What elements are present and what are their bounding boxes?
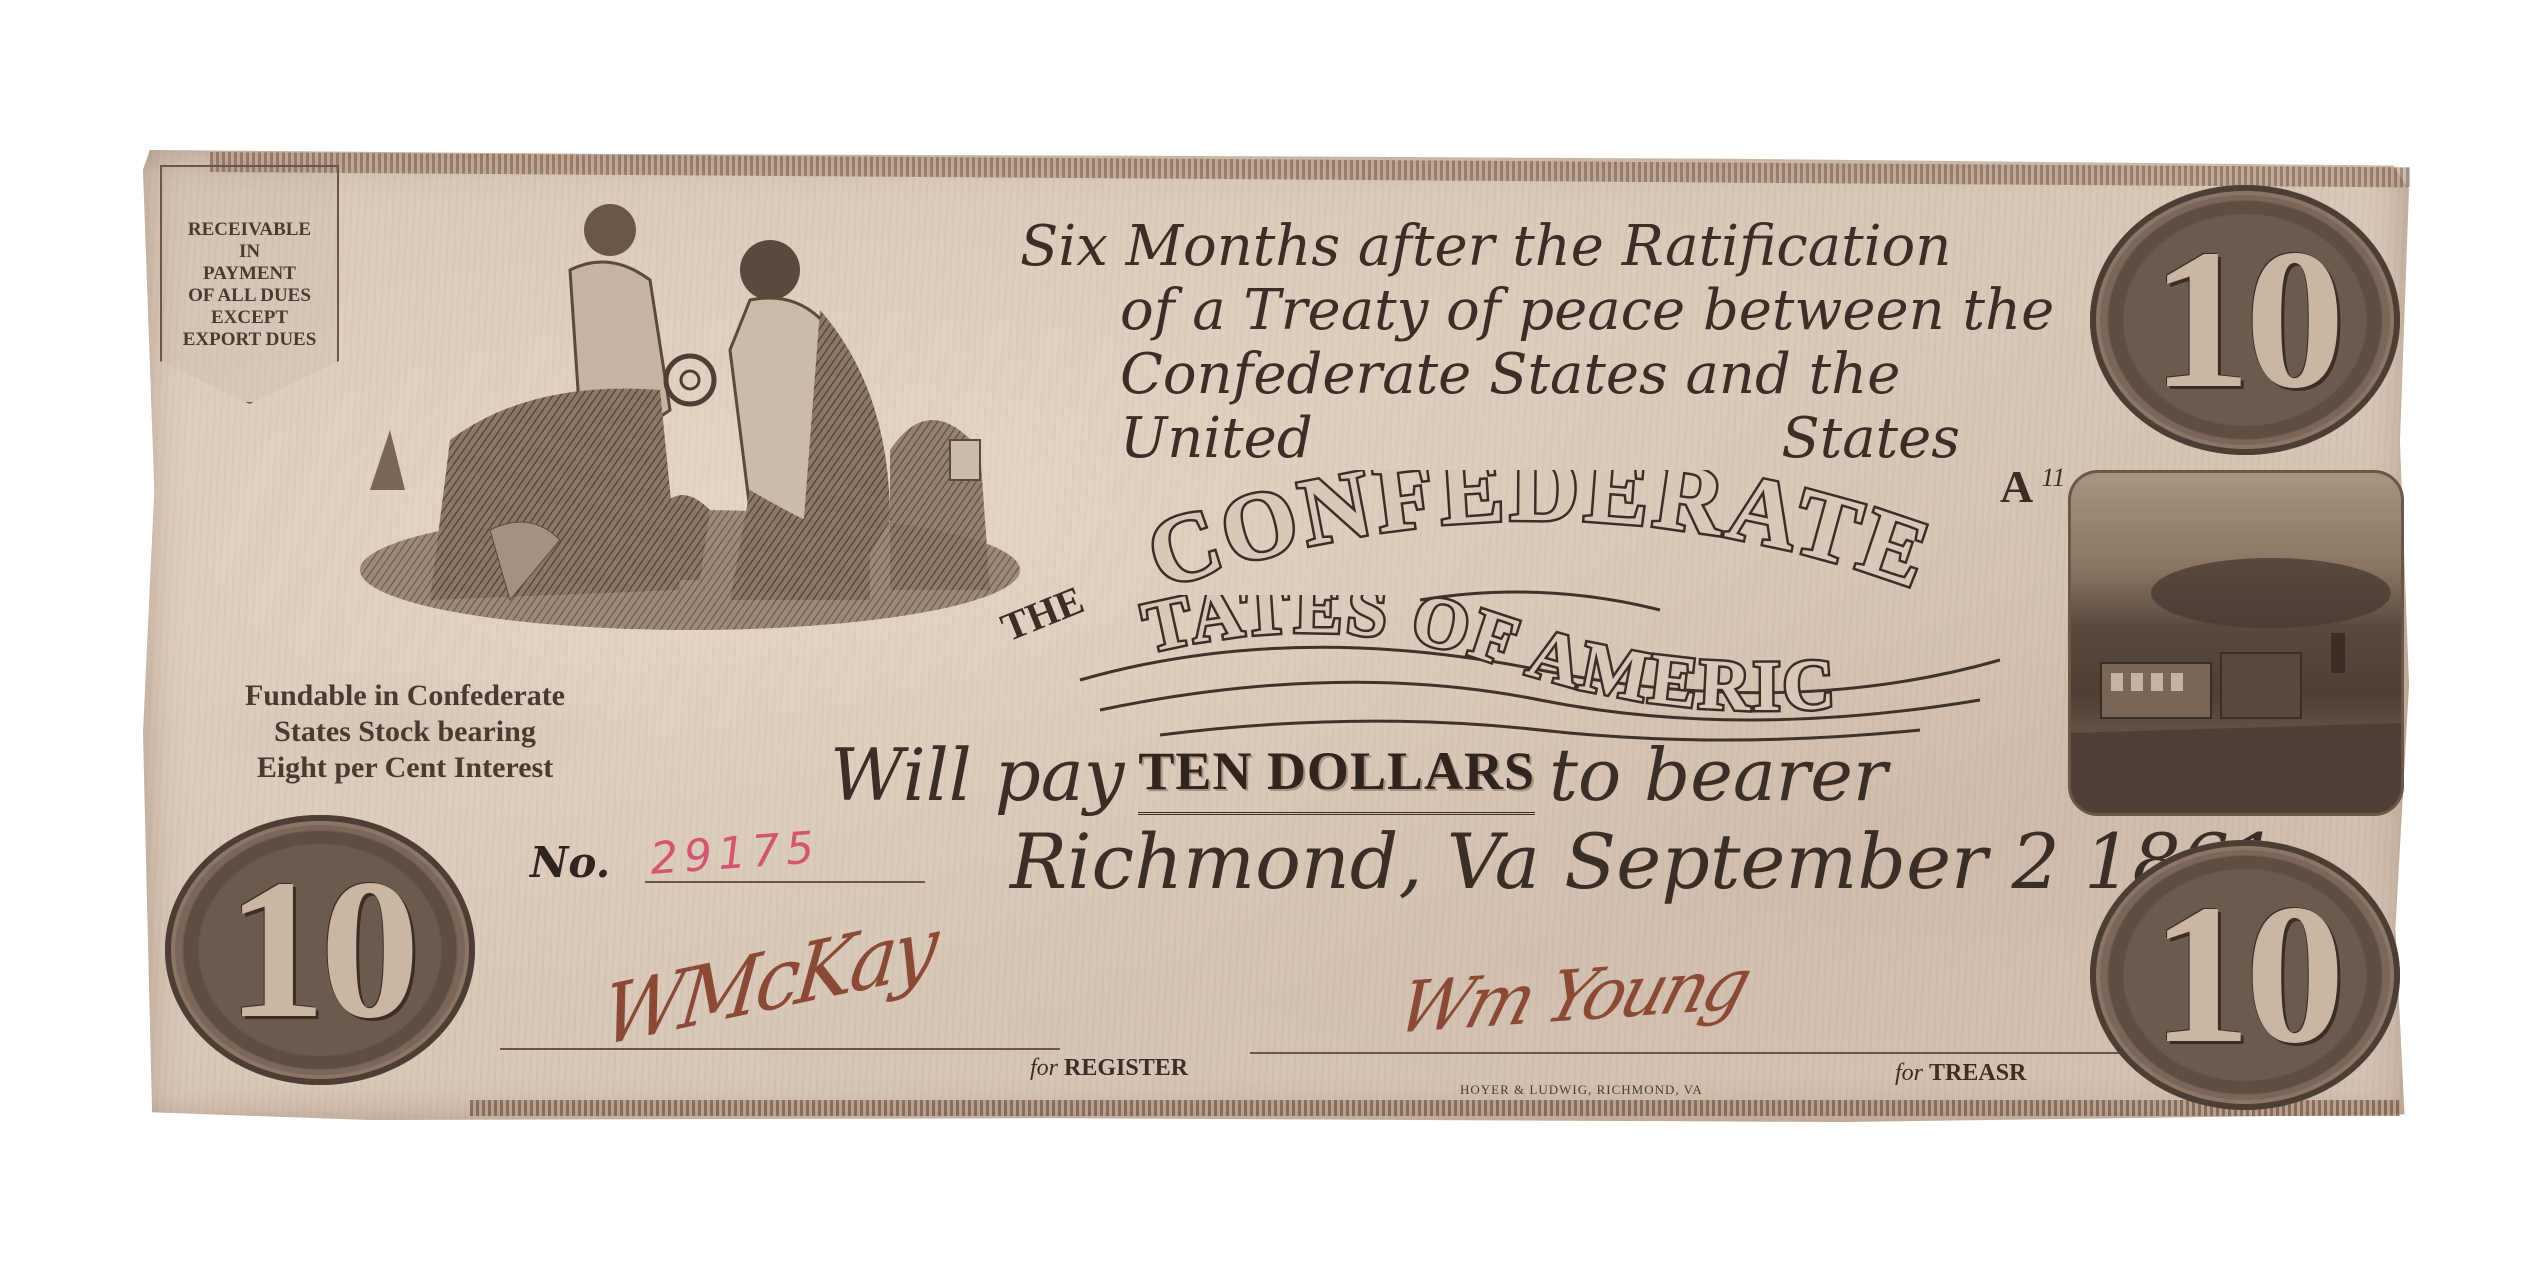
payment-line: Will pay TEN DOLLARS to bearer [830, 715, 2060, 815]
promise-united: United [1120, 407, 1313, 471]
to-bearer-text: to bearer [1549, 735, 1887, 815]
receivable-shield: RECEIVABLE IN PAYMENT OF ALL DUES EXCEPT… [160, 165, 339, 404]
denomination-numeral: 10 [2151, 220, 2339, 420]
receivable-line: IN [239, 241, 260, 263]
denomination-numeral: 10 [226, 850, 414, 1050]
svg-text:CONFEDERATE: CONFEDERATE [1135, 470, 1946, 609]
amount-text: TEN DOLLARS [1138, 740, 1535, 815]
receivable-line: RECEIVABLE [188, 219, 311, 241]
denomination-oval-bottom-left: 10 [165, 815, 475, 1085]
treasurer-label: TREASR [1929, 1060, 2026, 1086]
receivable-line: PAYMENT [203, 263, 296, 285]
receivable-line: EXCEPT [211, 307, 288, 329]
denomination-oval-top-right: 10 [2090, 185, 2400, 455]
train-icon [2071, 473, 2401, 813]
promise-line: Confederate States and the [1020, 343, 2100, 407]
denomination-numeral: 10 [2151, 875, 2339, 1075]
denomination-oval-bottom-right: 10 [2090, 840, 2400, 1110]
title-confederate-text: CONFEDERATE [1135, 470, 1946, 609]
dateline: Richmond, Va September 2 1861 [1010, 820, 2277, 904]
printer-imprint: HOYER & LUDWIG, RICHMOND, VA [1460, 1082, 1703, 1098]
register-caption: forREGISTER [1030, 1055, 1188, 1082]
fundable-inscription: Fundable in Confederate States Stock bea… [175, 672, 635, 792]
promise-line: of a Treaty of peace between the [1020, 279, 2100, 343]
treasurer-caption: forTREASR [1895, 1060, 2026, 1087]
plate-position: A11 [2000, 460, 2065, 513]
receivable-line: OF ALL DUES [188, 285, 311, 307]
fundable-line: States Stock bearing [175, 714, 635, 750]
treasurer-for: for [1895, 1060, 1923, 1086]
fundable-line: Fundable in Confederate [175, 678, 635, 714]
train-vignette [2068, 470, 2404, 816]
promise-states: States [1781, 407, 1960, 471]
bottom-border-ornament [470, 1100, 2400, 1116]
promise-line: Six Months after the Ratification [1020, 215, 2100, 279]
receivable-line: EXPORT DUES [183, 329, 317, 351]
plate-letter: A [2000, 461, 2033, 512]
title-states-of-america: STATES OF AMERICA [1130, 595, 1870, 715]
treasurer-signature-line [1250, 1052, 2260, 1054]
promise-text: Six Months after the Ratification of a T… [1020, 215, 2100, 471]
will-pay-text: Will pay [830, 735, 1124, 815]
fundable-line: Eight per Cent Interest [175, 750, 635, 786]
register-signature-line [500, 1048, 1060, 1050]
register-label: REGISTER [1064, 1055, 1188, 1081]
title-states-text: STATES OF AMERICA [1130, 595, 1839, 715]
svg-text:STATES OF AMERICA: STATES OF AMERICA [1130, 595, 1839, 715]
register-for: for [1030, 1055, 1058, 1081]
serial-label: No. [530, 838, 610, 887]
promise-line: United States [1020, 407, 1960, 471]
allegorical-figures-vignette [330, 190, 1030, 640]
plate-number: 11 [2041, 463, 2065, 492]
